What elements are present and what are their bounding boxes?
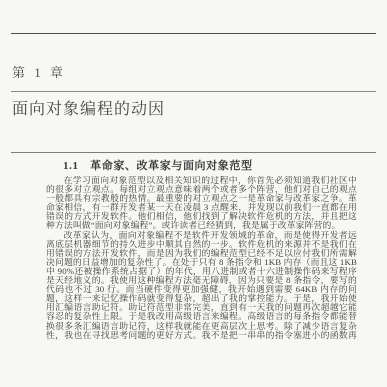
paragraph-1: 在学习面向对象范型以及相关知识的过程中，你首先必须知道我们社区中的很多对立观点。… (46, 176, 357, 231)
body-text-block: 在学习面向对象范型以及相关知识的过程中，你首先必须知道我们社区中的很多对立观点。… (46, 176, 357, 340)
section-heading: 1.1 革命家、改革家与面向对象范型 (63, 157, 253, 173)
book-page: 第 1 章 面向对象编程的动因 1.1 革命家、改革家与面向对象范型 在学习面向… (0, 0, 387, 387)
chapter-number: 第 1 章 (12, 62, 64, 81)
chapter-divider-rule (11, 91, 376, 92)
title-divider-rule (11, 152, 376, 153)
paragraph-2: 改革家认为，面向对象编程不是软件开发领域的革命，而是使得开发者远离底层机器细节的… (46, 231, 357, 340)
chapter-title: 面向对象编程的动因 (12, 96, 165, 119)
page-top-rule (11, 33, 376, 34)
